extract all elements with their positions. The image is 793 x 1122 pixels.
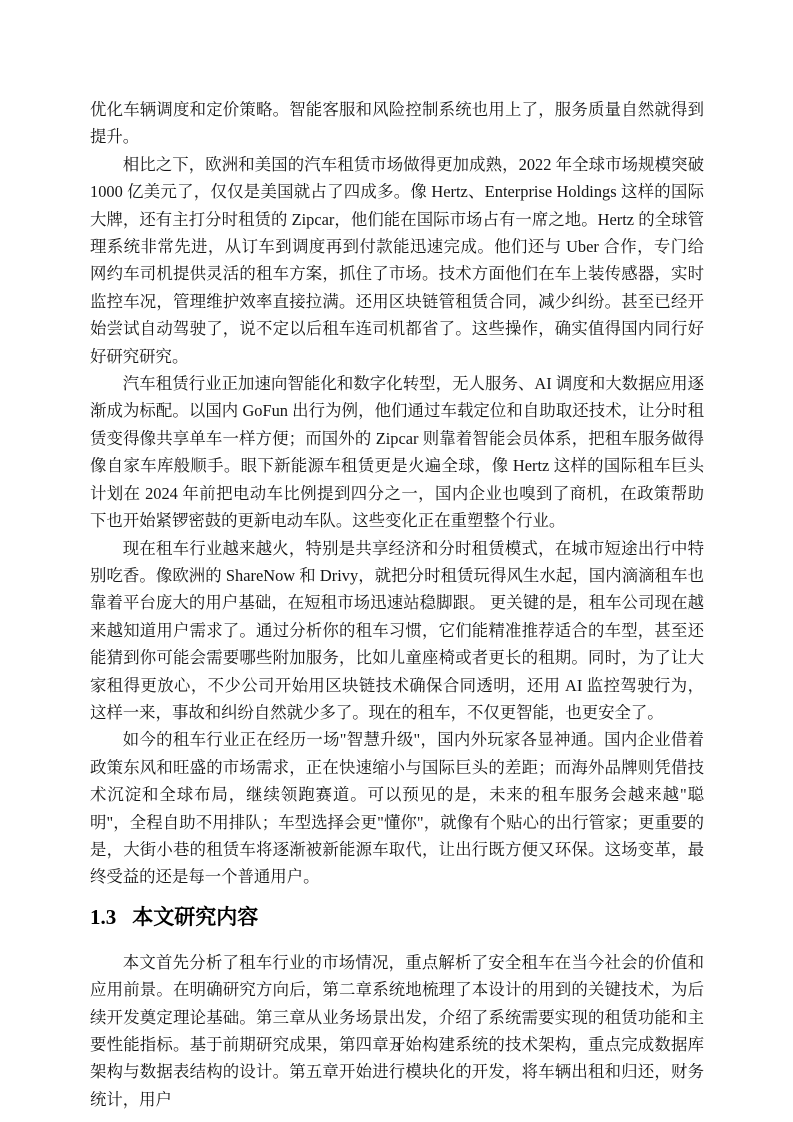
page-content: 优化车辆调度和定价策略。智能客服和风险控制系统也用上了，服务质量自然就得到提升。… (90, 96, 704, 1113)
paragraph: 汽车租赁行业正加速向智能化和数字化转型，无人服务、AI 调度和大数据应用逐渐成为… (90, 370, 704, 534)
paragraph: 本文首先分析了租车行业的市场情况，重点解析了安全租车在当今社会的价值和应用前景。… (90, 949, 704, 1113)
section-heading: 1.3本文研究内容 (90, 902, 704, 933)
document-page: 优化车辆调度和定价策略。智能客服和风险控制系统也用上了，服务质量自然就得到提升。… (0, 0, 793, 1122)
paragraph: 现在租车行业越来越火，特别是共享经济和分时租赁模式，在城市短途出行中特别吃香。像… (90, 535, 704, 727)
section-number: 1.3 (90, 905, 116, 929)
section-title: 本文研究内容 (132, 906, 258, 929)
paragraph: 相比之下，欧洲和美国的汽车租赁市场做得更加成熟，2022 年全球市场规模突破 1… (90, 151, 704, 370)
page-number: 3 (393, 1039, 400, 1054)
paragraph-continuation: 优化车辆调度和定价策略。智能客服和风险控制系统也用上了，服务质量自然就得到提升。 (90, 96, 704, 151)
page-footer: 3 (0, 1038, 793, 1056)
paragraph: 如今的租车行业正在经历一场"智慧升级"，国内外玩家各显神通。国内企业借着政策东风… (90, 726, 704, 890)
